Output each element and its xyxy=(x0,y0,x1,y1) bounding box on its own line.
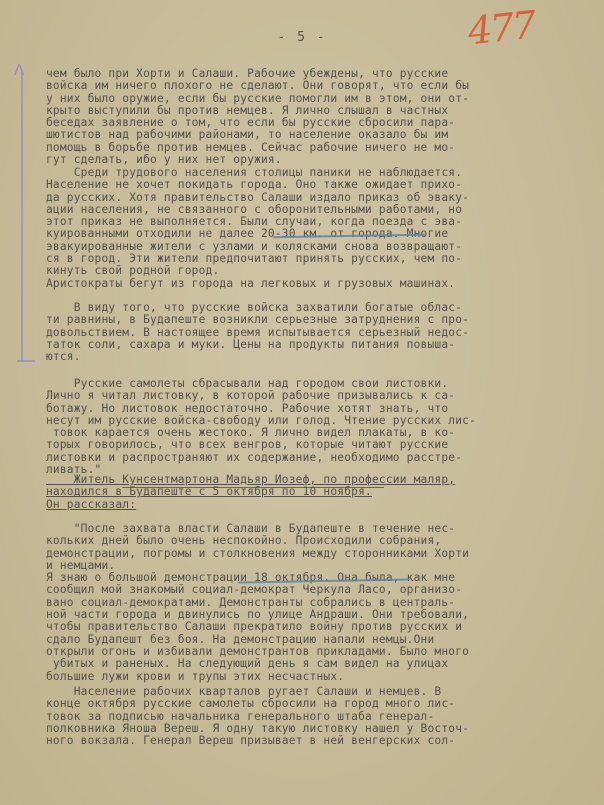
paragraph-workers-opinion: чем было при Хорти и Салаши. Рабочие убе… xyxy=(46,68,586,166)
strikethrough-line xyxy=(122,487,384,488)
paragraph-leaflets: Русские самолеты сбрасывали над городом … xyxy=(46,378,586,476)
document-page: - 5 - 477 Λ чем было при Хорти и Салаши.… xyxy=(0,0,604,805)
archive-number-handwritten: 477 xyxy=(466,3,537,54)
paragraph-witness-intro: Житель Кунсентмартона Мадьяр Иозеф, по п… xyxy=(46,474,586,511)
margin-bracket-foot xyxy=(17,360,35,362)
margin-bracket-line xyxy=(21,70,23,361)
paragraph-food-shortage: В виду того, что русские войска захватил… xyxy=(46,302,586,363)
paragraph-evacuation: Среди трудового населения столицы паники… xyxy=(46,167,586,290)
paragraph-witness-account: "После захвата власти Салаши в Будапеште… xyxy=(46,523,586,683)
paragraph-leaflets-veres: Население рабочих кварталов ругает Салаш… xyxy=(46,686,586,747)
